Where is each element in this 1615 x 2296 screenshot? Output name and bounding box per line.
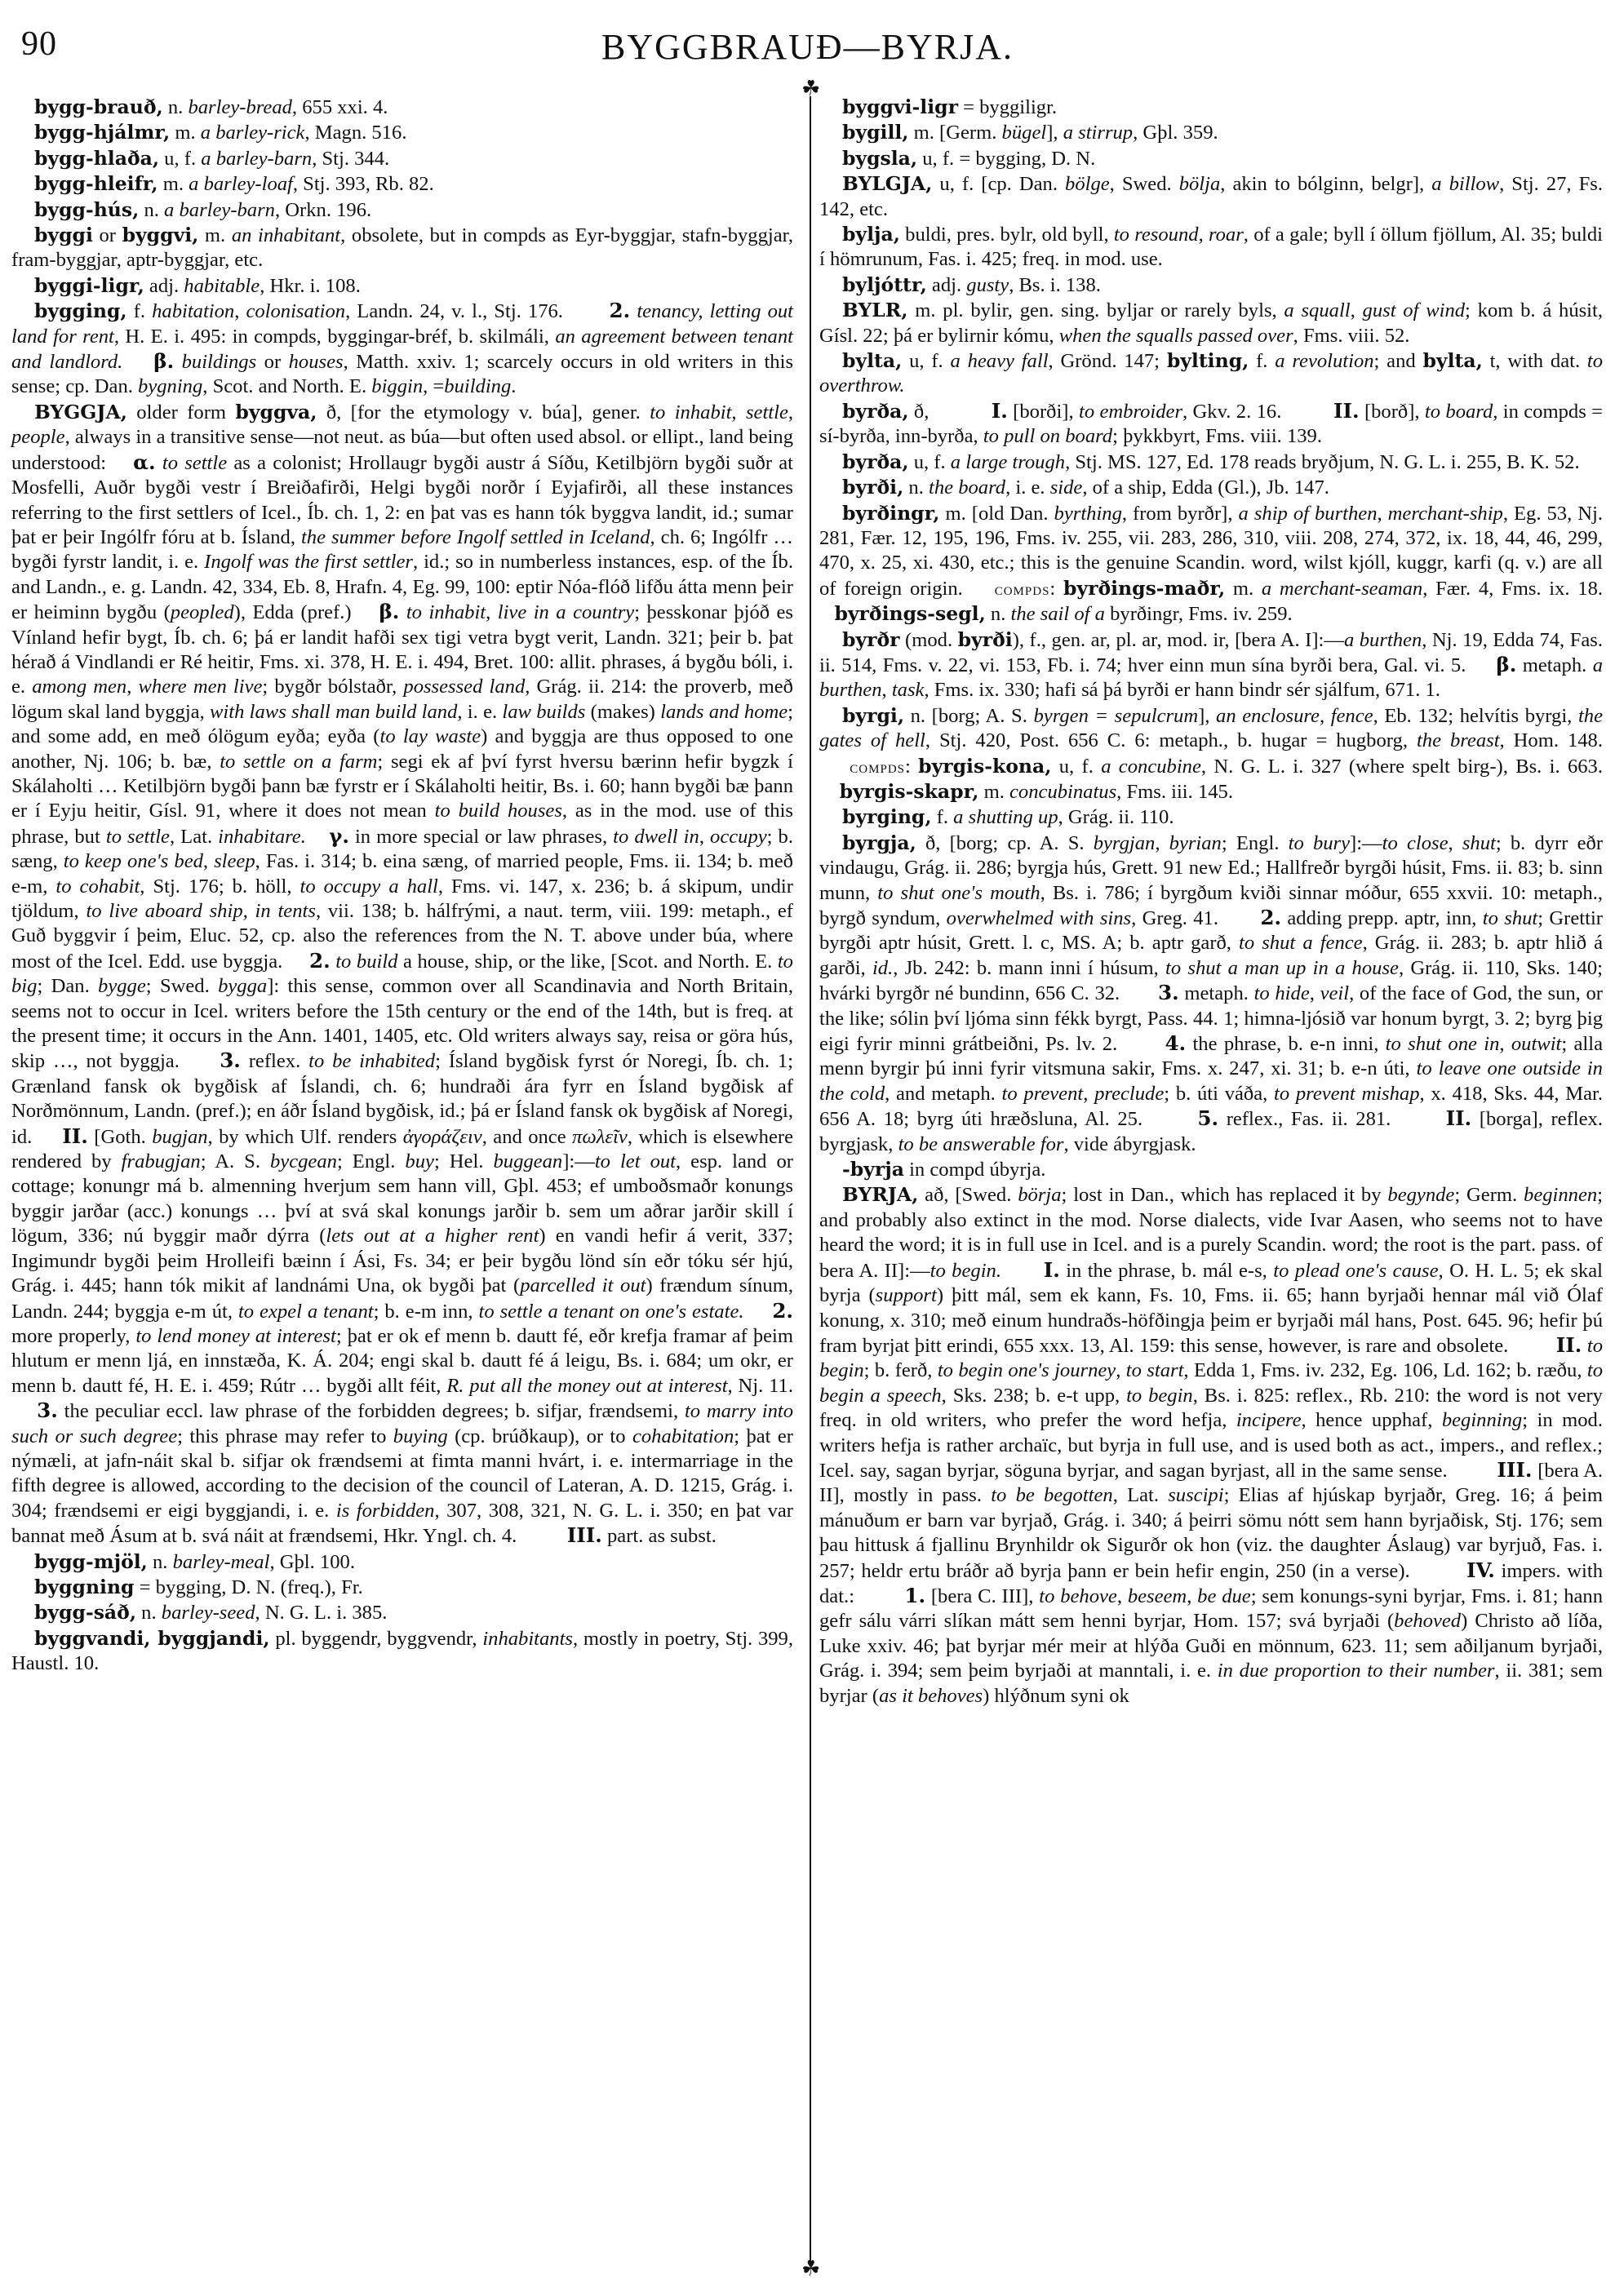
entry-definition: n. a barley-barn, Orkn. 196. (139, 199, 371, 221)
running-head: BYGGBRAUÐ—BYRJA. (0, 26, 1615, 68)
left-column: bygg-brauð, n. barley-bread, 655 xxi. 4.… (11, 95, 793, 1677)
dictionary-entry: byggning = bygging, D. N. (freq.), Fr. (11, 1575, 793, 1600)
dictionary-entry: bygill, m. [Germ. bügel], a stirrup, Gþl… (819, 120, 1603, 145)
entry-definition: or byggvi, m. an inhabitant, obsolete, b… (11, 224, 793, 271)
entry-headword: bygsla, (842, 147, 917, 170)
entry-definition: = byggiligr. (958, 96, 1057, 118)
entry-definition: u, f. a large trough, Stj. MS. 127, Ed. … (909, 451, 1580, 473)
entry-headword: byrðingr, (842, 502, 939, 525)
entry-headword: byrða, (842, 400, 909, 423)
entry-headword: byrða, (842, 450, 909, 473)
entry-definition: in compd úbyrja. (904, 1159, 1046, 1181)
entry-headword: bygg-brauð, (34, 95, 163, 118)
dictionary-entry: byrðingr, m. [old Dan. byrthing, from by… (819, 501, 1603, 627)
entry-definition: adj. habitable, Hkr. i. 108. (144, 275, 361, 297)
dictionary-entry: byrðr (mod. byrði), f., gen. ar, pl. ar,… (819, 627, 1603, 703)
dictionary-entry: byljóttr, adj. gusty, Bs. i. 138. (819, 273, 1603, 298)
dictionary-entry: byrða, ð, I. [borði], to embroider, Gkv.… (819, 399, 1603, 450)
dictionary-entry: bygsla, u, f. = bygging, D. N. (819, 146, 1603, 171)
dictionary-entry: byggvandi, byggjandi, pl. byggendr, bygg… (11, 1626, 793, 1677)
dictionary-entry: bygging, f. habitation, colonisation, La… (11, 299, 793, 400)
entry-definition: m. a barley-loaf, Stj. 393, Rb. 82. (158, 173, 434, 195)
entry-definition: að, [Swed. börja; lost in Dan., which ha… (819, 1184, 1603, 1706)
entry-headword: byljóttr, (842, 273, 927, 296)
dictionary-entry: bygg-hús, n. a barley-barn, Orkn. 196. (11, 197, 793, 223)
entry-definition: n. barley-seed, N. G. L. i. 385. (136, 1602, 387, 1624)
dictionary-entry: BYLGJA, u, f. [cp. Dan. bölge, Swed. böl… (819, 171, 1603, 222)
entry-headword: BYGGJA, (34, 401, 127, 423)
dictionary-entry: byrgi, n. [borg; A. S. byrgen = sepulcru… (819, 703, 1603, 805)
entry-headword: byggi (34, 224, 93, 246)
dictionary-entry: BYRJA, að, [Swed. börja; lost in Dan., w… (819, 1182, 1603, 1709)
entry-definition: f. habitation, colonisation, Landn. 24, … (11, 300, 793, 397)
entry-definition: n. [borg; A. S. byrgen = sepulcrum], an … (819, 705, 1603, 803)
dictionary-entry: bygg-hjálmr, m. a barley-rick, Magn. 516… (11, 120, 793, 145)
entry-definition: f. a shutting up, Grág. ii. 110. (932, 806, 1174, 828)
entry-headword: byggning (34, 1576, 134, 1598)
dictionary-entry: byrða, u, f. a large trough, Stj. MS. 12… (819, 450, 1603, 475)
dictionary-entry: bygg-hlaða, u, f. a barley-barn, Stj. 34… (11, 146, 793, 171)
entry-definition: n. barley-bread, 655 xxi. 4. (163, 96, 388, 118)
dictionary-entry: bygg-hleifr, m. a barley-loaf, Stj. 393,… (11, 171, 793, 197)
dictionary-entry: byggi or byggvi, m. an inhabitant, obsol… (11, 223, 793, 273)
entry-headword: bygg-sáð, (34, 1601, 136, 1624)
entry-headword: bygg-hleifr, (34, 172, 158, 195)
dictionary-entry: bylja, buldi, pres. bylr, old byll, to r… (819, 222, 1603, 273)
entry-headword: byrðr (842, 628, 900, 651)
entry-definition: m. pl. bylir, gen. sing. byljar or rarel… (819, 299, 1603, 346)
dictionary-entry: byggvi-ligr = byggiligr. (819, 95, 1603, 120)
dictionary-entry: byrging, f. a shutting up, Grág. ii. 110… (819, 804, 1603, 830)
entry-definition: m. a barley-rick, Magn. 516. (170, 122, 406, 144)
dictionary-entry: BYLR, m. pl. bylir, gen. sing. byljar or… (819, 298, 1603, 348)
entry-headword: bylta, (842, 349, 902, 372)
dictionary-entry: bylta, u, f. a heavy fall, Grönd. 147; b… (819, 348, 1603, 399)
entry-definition: m. [Germ. bügel], a stirrup, Gþl. 359. (908, 122, 1218, 144)
entry-headword: byrgi, (842, 704, 904, 727)
entry-definition: u, f. = bygging, D. N. (917, 148, 1095, 170)
entry-definition: n. barley-meal, Gþl. 100. (148, 1551, 355, 1573)
dictionary-entry: byrgja, ð, [borg; cp. A. S. byrgjan, byr… (819, 831, 1603, 1157)
entry-headword: byrging, (842, 805, 932, 828)
dictionary-entry: byggi-ligr, adj. habitable, Hkr. i. 108. (11, 273, 793, 299)
dictionary-entry: bygg-brauð, n. barley-bread, 655 xxi. 4. (11, 95, 793, 120)
column-ornament-bottom: ☘ (801, 2258, 819, 2280)
dictionary-entry: byrði, n. the board, i. e. side, of a sh… (819, 475, 1603, 500)
entry-definition: older form byggva, ð, [for the etymology… (11, 401, 793, 1547)
entry-definition: u, f. a heavy fall, Grönd. 147; bylting,… (819, 350, 1603, 397)
entry-headword: BYLGJA, (842, 172, 932, 195)
entry-headword: byggi-ligr, (34, 274, 144, 297)
entry-definition: adj. gusty, Bs. i. 138. (927, 274, 1101, 296)
entry-definition: ð, [borg; cp. A. S. byrgjan, byrian; Eng… (819, 832, 1603, 1155)
entry-headword: bygg-mjöl, (34, 1550, 148, 1573)
entry-headword: bygg-hjálmr, (34, 121, 170, 144)
dictionary-entry: bygg-mjöl, n. barley-meal, Gþl. 100. (11, 1549, 793, 1575)
dictionary-entry: bygg-sáð, n. barley-seed, N. G. L. i. 38… (11, 1600, 793, 1625)
entry-definition: n. the board, i. e. side, of a ship, Edd… (903, 476, 1329, 499)
entry-headword: byggvandi, byggjandi, (34, 1627, 270, 1650)
entry-headword: byrði, (842, 476, 903, 499)
entry-headword: byggvi-ligr (842, 95, 958, 118)
column-divider (810, 96, 811, 2267)
entry-headword: bygill, (842, 121, 908, 144)
entry-headword: byrgja, (842, 831, 916, 854)
entry-headword: BYRJA, (842, 1183, 918, 1206)
entry-headword: BYLR, (842, 299, 907, 321)
entry-headword: bygg-hlaða, (34, 147, 159, 170)
entry-headword: bygging, (34, 299, 127, 322)
entry-headword: -byrja (842, 1158, 904, 1181)
entry-definition: u, f. a barley-barn, Stj. 344. (159, 148, 389, 170)
right-column: byggvi-ligr = byggiligr.bygill, m. [Germ… (819, 95, 1603, 1709)
entry-definition: ð, I. [borði], to embroider, Gkv. 2. 16.… (819, 401, 1603, 447)
entry-definition: u, f. [cp. Dan. bölge, Swed. bölja, akin… (819, 173, 1603, 219)
entry-definition: buldi, pres. bylr, old byll, to resound,… (819, 224, 1603, 270)
entry-definition: = bygging, D. N. (freq.), Fr. (134, 1576, 362, 1598)
entry-headword: bygg-hús, (34, 198, 139, 221)
entry-definition: (mod. byrði), f., gen. ar, pl. ar, mod. … (819, 629, 1603, 702)
entry-headword: bylja, (842, 223, 900, 246)
dictionary-entry: -byrja in compd úbyrja. (819, 1157, 1603, 1182)
dictionary-entry: BYGGJA, older form byggva, ð, [for the e… (11, 400, 793, 1549)
